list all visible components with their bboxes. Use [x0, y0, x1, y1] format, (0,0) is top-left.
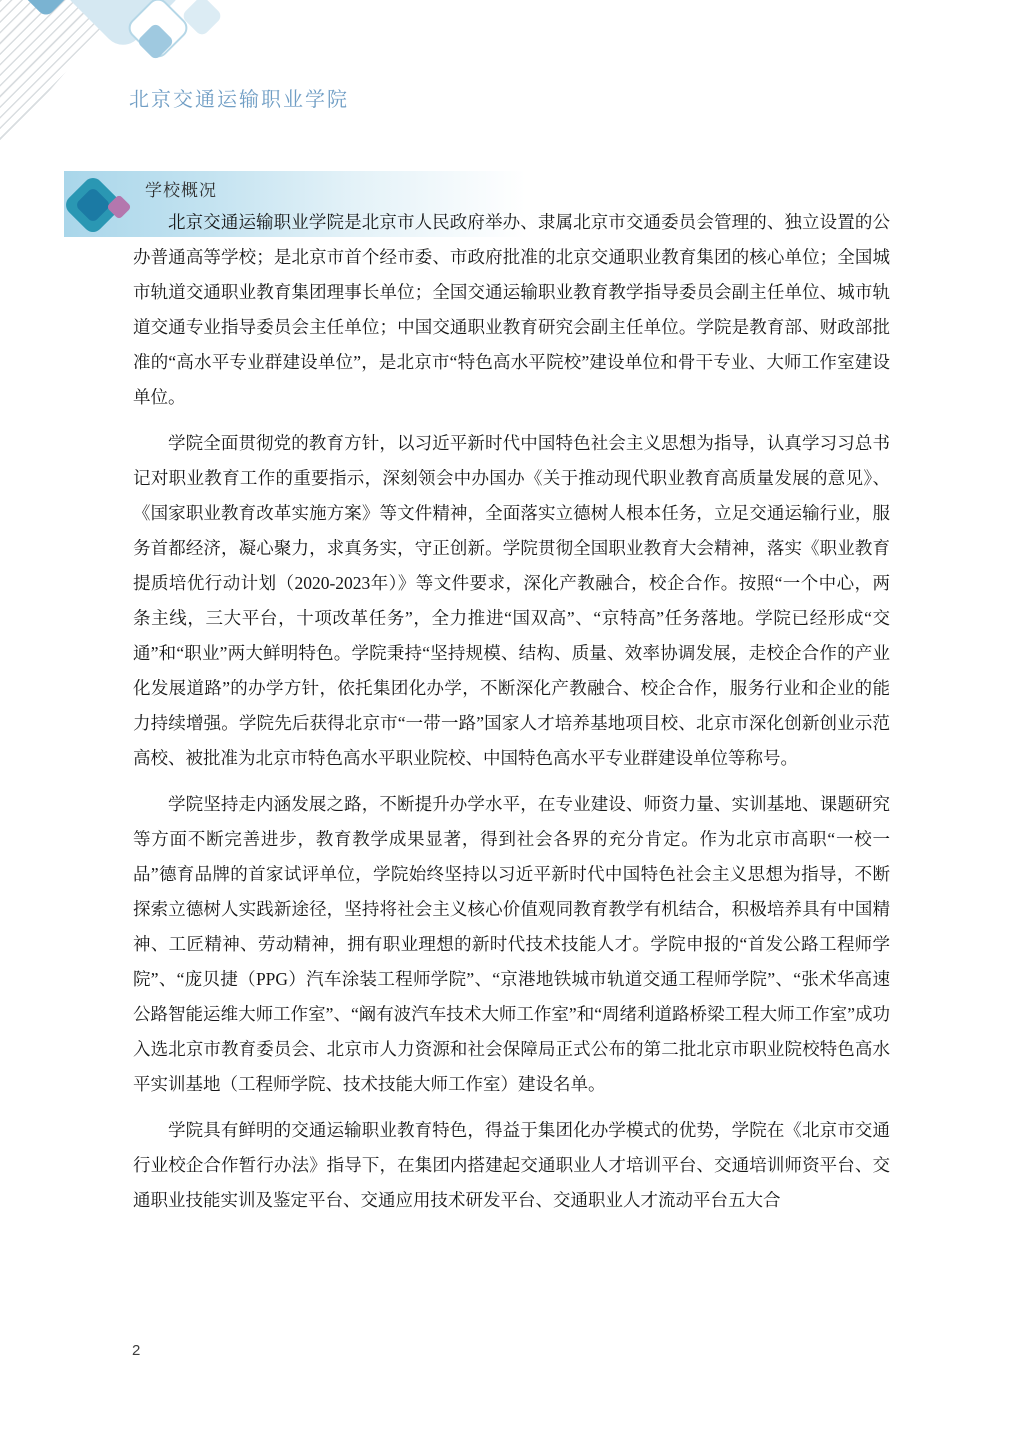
paragraph-policy: 学院全面贯彻党的教育方针，以习近平新时代中国特色社会主义思想为指导，认真学习习总…: [133, 426, 890, 776]
paragraph-overview: 北京交通运输职业学院是北京市人民政府举办、隶属北京市交通委员会管理的、独立设置的…: [133, 205, 890, 415]
diamond-decoration-small-icon: [181, 0, 223, 37]
paragraph-achievements: 学院坚持走内涵发展之路，不断提升办学水平，在专业建设、师资力量、实训基地、课题研…: [133, 787, 890, 1102]
document-page: 北京交通运输职业学院 学校概况 北京交通运输职业学院是北京市人民政府举办、隶属北…: [0, 0, 1024, 1448]
paragraph-platforms: 学院具有鲜明的交通运输职业教育特色，得益于集团化办学模式的优势，学院在《北京市交…: [133, 1113, 890, 1218]
section-heading: 学校概况: [145, 176, 217, 201]
header-title: 北京交通运输职业学院: [129, 83, 349, 112]
page-number: 2: [132, 1342, 140, 1359]
body-text: 北京交通运输职业学院是北京市人民政府举办、隶属北京市交通委员会管理的、独立设置的…: [133, 205, 890, 1229]
